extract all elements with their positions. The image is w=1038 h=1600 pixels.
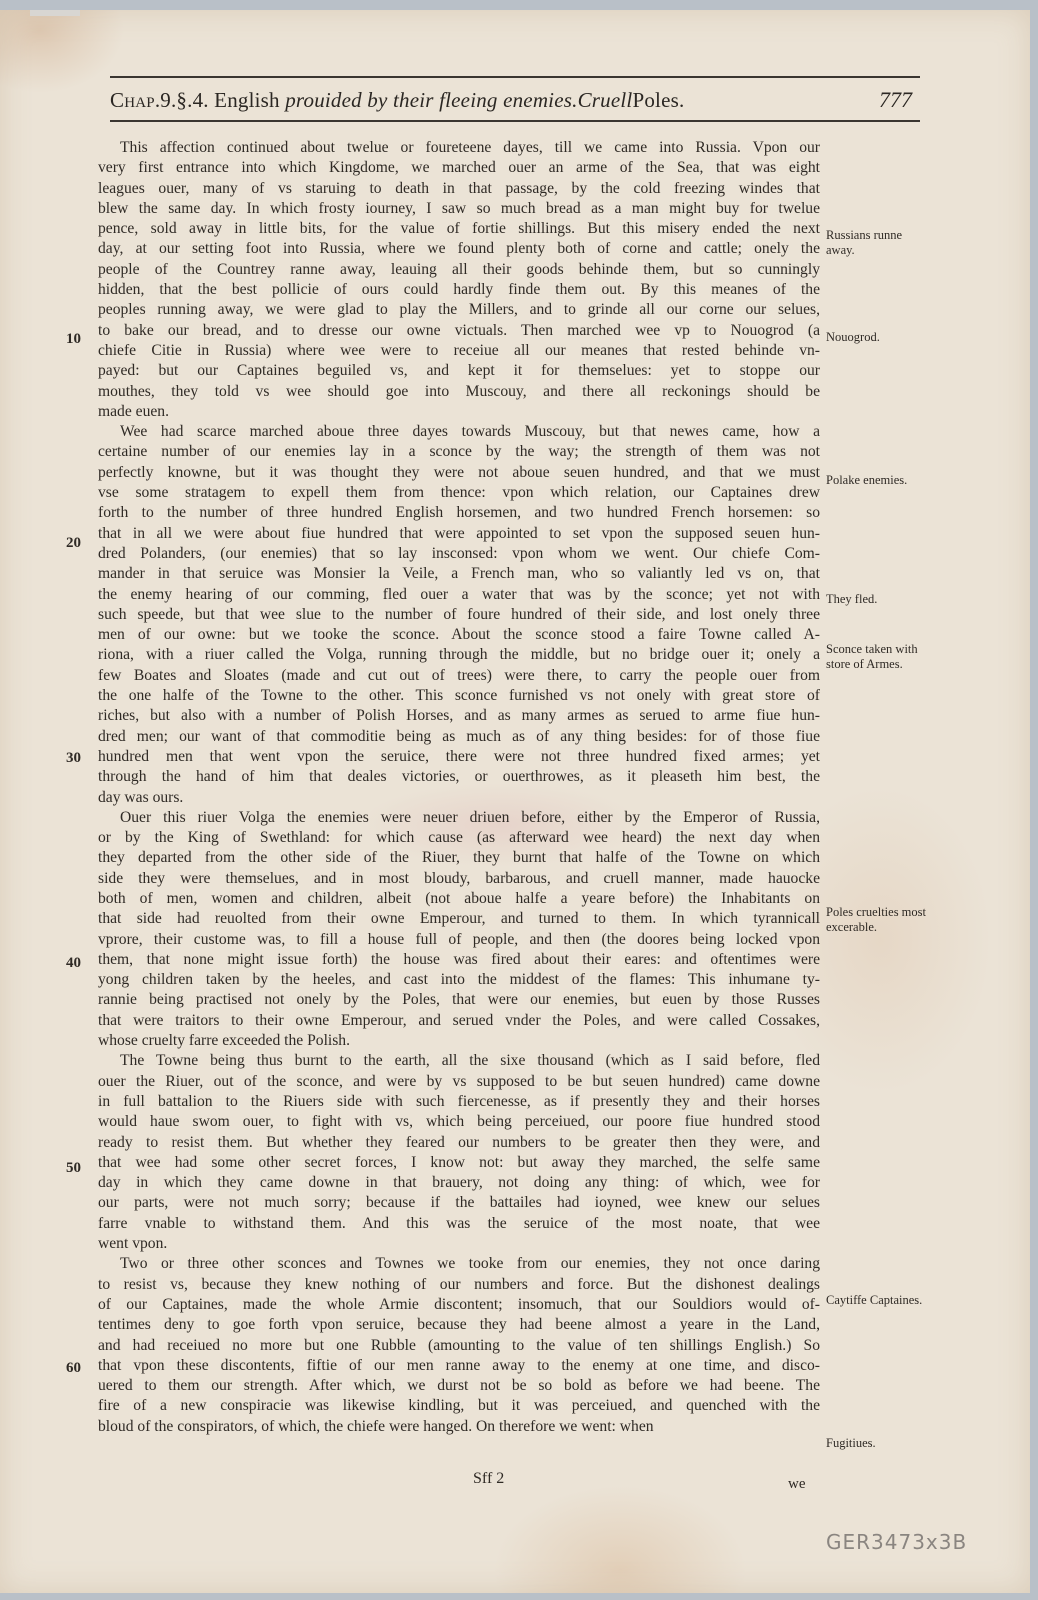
paragraph: Wee had scarce marched aboue three dayes… xyxy=(98,422,820,808)
text-line: day in which they came downe in that bra… xyxy=(98,1173,820,1193)
text-line: farre vnable to withstand them. And this… xyxy=(98,1214,820,1234)
marginal-note: Nouogrod. xyxy=(826,330,926,345)
text-line: such speede, but that wee slue to the nu… xyxy=(98,605,820,625)
text-line: or by the King of Swethland: for which c… xyxy=(98,828,820,848)
text-line: hundred men that went vpon the seruice, … xyxy=(98,747,820,767)
text-line: that wee had some other secret forces, I… xyxy=(98,1153,820,1173)
paragraph: Two or three other sconces and Townes we… xyxy=(98,1254,820,1437)
marginal-note: Polake enemies. xyxy=(826,473,926,488)
text-line: few Boates and Sloates (made and cut out… xyxy=(98,666,820,686)
marginal-note: Sconce taken with store of Armes. xyxy=(826,642,926,672)
text-line: vse some stratagem to expell them from t… xyxy=(98,483,820,503)
page-tear xyxy=(30,10,80,16)
paragraph: Ouer this riuer Volga the enemies were n… xyxy=(98,808,820,1052)
line-number: 10 xyxy=(66,331,81,348)
text-line: tentimes deny to goe forth vpon seruice,… xyxy=(98,1315,820,1335)
text-line: bloud of the conspirators, of which, the… xyxy=(98,1417,820,1437)
marginal-note: Poles cruelties most excerable. xyxy=(826,905,926,935)
text-line: yong children taken by the heeles, and c… xyxy=(98,970,820,990)
text-line: blew the same day. In which frosty iourn… xyxy=(98,199,820,219)
text-line: payed: but our Captaines beguiled vs, an… xyxy=(98,361,820,381)
text-line: mouthes, they told vs wee should goe int… xyxy=(98,382,820,402)
text-line: This affection continued about twelue or… xyxy=(98,138,820,158)
text-line: Two or three other sconces and Townes we… xyxy=(98,1254,820,1274)
text-line: would haue swom ouer, to fight with vs, … xyxy=(98,1112,820,1132)
marginal-note: Caytiffe Captaines. xyxy=(826,1293,926,1308)
text-line: Ouer this riuer Volga the enemies were n… xyxy=(98,808,820,828)
text-line: riona, with a riuer called the Volga, ru… xyxy=(98,645,820,665)
text-line: The Towne being thus burnt to the earth,… xyxy=(98,1051,820,1071)
text-line: our parts, were not much sorry; because … xyxy=(98,1193,820,1213)
text-line: mander in that seruice was Monsier la Ve… xyxy=(98,564,820,584)
running-title-italic: prouided by their fleeing enemies. xyxy=(285,88,577,112)
text-line: Wee had scarce marched aboue three dayes… xyxy=(98,422,820,442)
text-line: ready to resist them. But whether they f… xyxy=(98,1133,820,1153)
running-title-end: Poles. xyxy=(632,88,684,112)
text-line: dred men; our want of that commoditie be… xyxy=(98,727,820,747)
signature-mark: Sff 2 xyxy=(473,1470,504,1488)
text-line: the one halfe of the Towne to the other.… xyxy=(98,686,820,706)
running-title: Chap.9.§.4. English prouided by their fl… xyxy=(110,88,684,113)
running-header: Chap.9.§.4. English prouided by their fl… xyxy=(110,82,920,118)
text-line: riches, but also with a number of Polish… xyxy=(98,706,820,726)
text-line: and had receiued no more but one Rubble … xyxy=(98,1336,820,1356)
text-line: side they were themselues, and in most b… xyxy=(98,869,820,889)
text-line: in full battalion to the Riuers side wit… xyxy=(98,1092,820,1112)
text-line: the enemy hearing of our comming, fled o… xyxy=(98,585,820,605)
text-line: dred Polanders, (our enemies) that so la… xyxy=(98,544,820,564)
text-line: that side had reuolted from their owne E… xyxy=(98,909,820,929)
text-line: day, at our setting foot into Russia, wh… xyxy=(98,239,820,259)
text-line: fire of a new conspiracie was likewise k… xyxy=(98,1396,820,1416)
text-line: people of the Countrey ranne away, leaui… xyxy=(98,260,820,280)
text-line: hidden, that the best pollicie of ours c… xyxy=(98,280,820,300)
text-line: pence, sold away in little bits, for the… xyxy=(98,219,820,239)
paragraph: This affection continued about twelue or… xyxy=(98,138,820,422)
text-line: both of men, women and children, albeit … xyxy=(98,889,820,909)
text-line: of our Captaines, made the whole Armie d… xyxy=(98,1295,820,1315)
pencil-inventory-note: GER3473x3B xyxy=(826,1530,967,1554)
text-line: went vpon. xyxy=(98,1234,820,1254)
running-title-end-italic: Cruell xyxy=(578,88,633,112)
text-line: certaine number of our enemies lay in a … xyxy=(98,442,820,462)
paragraph: The Towne being thus burnt to the earth,… xyxy=(98,1051,820,1254)
chapter-label: Chap.9.§.4. xyxy=(110,88,209,112)
text-line: made euen. xyxy=(98,402,820,422)
page-number: 777 xyxy=(879,87,920,113)
line-number: 50 xyxy=(66,1160,81,1177)
catchword: we xyxy=(788,1476,806,1493)
line-number: 20 xyxy=(66,535,81,552)
line-number: 30 xyxy=(66,750,81,767)
text-line: that vpon these discontents, fiftie of o… xyxy=(98,1356,820,1376)
text-line: vprore, their custome was, to fill a hou… xyxy=(98,930,820,950)
line-number: 60 xyxy=(66,1360,81,1377)
text-line: that were traitors to their owne Emperou… xyxy=(98,1011,820,1031)
running-title-roman: English xyxy=(214,88,280,112)
marginal-note: Fugitiues. xyxy=(826,1436,926,1451)
text-line: day was ours. xyxy=(98,788,820,808)
text-line: to resist vs, because they knew nothing … xyxy=(98,1275,820,1295)
text-line: uered to them our strength. After which,… xyxy=(98,1376,820,1396)
text-line: leagues ouer, many of vs staruing to dea… xyxy=(98,179,820,199)
marginal-note: They fled. xyxy=(826,592,926,607)
text-line: they departed from the other side of the… xyxy=(98,848,820,868)
header-rule-bottom xyxy=(110,120,920,122)
text-line: men of our owne: but we tooke the sconce… xyxy=(98,625,820,645)
text-line: chiefe Citie in Russia) where wee were t… xyxy=(98,341,820,361)
text-line: peoples running away, we were glad to pl… xyxy=(98,300,820,320)
text-line: very first entrance into which Kingdome,… xyxy=(98,158,820,178)
main-text-block: This affection continued about twelue or… xyxy=(98,138,820,1437)
text-line: to bake our bread, and to dresse our own… xyxy=(98,321,820,341)
text-line: through the hand of him that deales vict… xyxy=(98,767,820,787)
text-line: forth to the number of three hundred Eng… xyxy=(98,503,820,523)
text-line: them, that none might issue forth) the h… xyxy=(98,950,820,970)
line-number: 40 xyxy=(66,955,81,972)
text-line: ouer the Riuer, out of the sconce, and w… xyxy=(98,1072,820,1092)
text-line: whose cruelty farre exceeded the Polish. xyxy=(98,1031,820,1051)
book-page: Chap.9.§.4. English prouided by their fl… xyxy=(0,10,1030,1593)
marginal-note: Russians runne away. xyxy=(826,228,926,258)
text-line: rannie being practised not onely by the … xyxy=(98,990,820,1010)
text-line: perfectly knowne, but it was thought the… xyxy=(98,463,820,483)
header-rule-top xyxy=(110,76,920,78)
text-line: that in all we were about fiue hundred t… xyxy=(98,524,820,544)
